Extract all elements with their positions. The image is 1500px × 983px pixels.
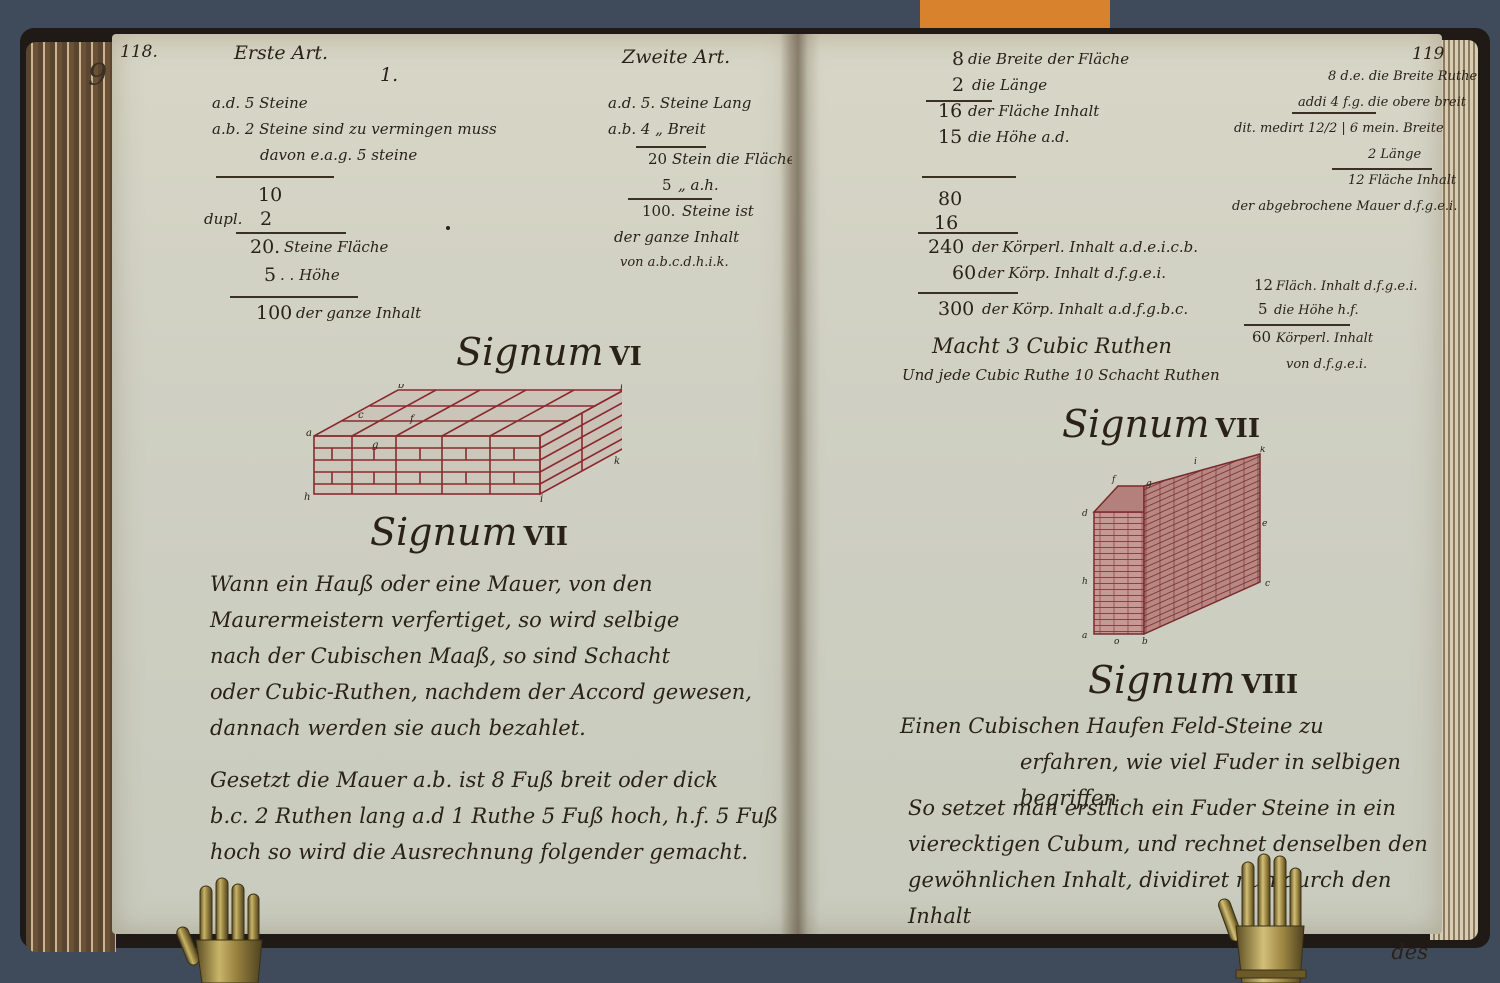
calc-line: davon e.a.g. 5 steine [260,148,417,163]
svg-text:i: i [1194,457,1197,467]
svg-text:a: a [306,428,312,439]
calc-value: 60 [1252,330,1271,345]
right-page: 119 8 die Breite der Fläche 2 die Länge … [792,34,1442,934]
signum-numeral: VII [524,522,569,552]
signum-numeral: VIII [1242,670,1299,700]
calc-label: der Körp. Inhalt a.d.f.g.b.c. [982,302,1188,317]
calc-label: der Körperl. Inhalt a.d.e.i.c.b. [972,240,1198,255]
calc-value: 16 [938,102,962,121]
signum-numeral: VI [610,342,642,372]
calc-value: 100. [642,204,675,219]
margin-mark: 9 [88,58,107,93]
calc-line: a.d. 5. Steine Lang [608,96,751,111]
calc-line: dit. medirt 12/2 | 6 mein. Breite [1234,122,1444,135]
sum-rule [628,198,712,200]
calc-value: 16 [934,214,958,233]
heading-first-method: Erste Art. [234,44,328,63]
sum-rule [216,176,334,178]
left-page: 118. Erste Art. 1. a.d. 5 Steine a.b. 2 … [112,34,792,934]
calc-label: der Körp. Inhalt d.f.g.e.i. [978,266,1166,281]
signum-vii-caption: SignumVII [370,510,568,554]
sum-rule [1244,324,1350,326]
calc-line: der ganze Inhalt [614,230,739,245]
calc-label: Steine ist [682,204,754,219]
svg-text:e: e [1262,519,1267,529]
signum-word: Signum [1088,658,1236,702]
paragraph-example-wall: Gesetzt die Mauer a.b. ist 8 Fuß breit o… [210,762,790,870]
calc-value: 15 [938,128,962,147]
calc-value: 12 [1254,278,1273,293]
book-gutter [780,34,820,934]
calc-line: 12 Fläche Inhalt [1348,174,1456,187]
calc-value: 100 [256,304,292,323]
calc-line: der abgebrochene Mauer d.f.g.e.i. [1232,200,1457,213]
sum-rule [636,146,706,148]
calc-value: 240 [928,238,964,257]
sum-rule [236,232,346,234]
calc-value: 5 [662,178,672,193]
calc-value: 20 [648,152,667,167]
signum-word: Signum [1062,402,1210,446]
calc-label: Körperl. Inhalt [1276,332,1373,345]
text-line: Wann ein Hauß oder eine Mauer, von den [210,566,790,602]
calc-line: 2 Länge [1368,148,1421,161]
text-line: vierecktigen Cubum, und rechnet denselbe… [908,826,1438,862]
calc-label: die Länge [972,78,1047,93]
text-line: nach der Cubischen Maaß, so sind Schacht [210,638,790,674]
calc-line: von d.f.g.e.i. [1286,358,1367,371]
calc-label: die Höhe a.d. [968,130,1070,145]
text-line: des [908,934,1438,970]
svg-text:i: i [540,494,543,505]
page-number: 118. [120,42,158,62]
calc-value: 20. [250,238,280,257]
signum-vi-caption: SignumVI [456,330,642,374]
right-brass-hand-weight[interactable] [1210,852,1320,983]
sum-rule [230,296,358,298]
signum-vii-caption: SignumVII [1062,402,1260,446]
svg-text:h: h [1082,577,1088,587]
conclusion-schacht-rods: Und jede Cubic Ruthe 10 Schacht Ruthen [902,368,1220,383]
text-line: Maurermeistern verfertiget, so wird selb… [210,602,790,638]
calc-value: 60 [952,264,976,283]
left-page-block-edges [26,42,116,952]
calc-label: . . Höhe [280,268,340,283]
calc-line: a.b. 2 Steine sind zu vermingen muss [212,122,497,137]
method-marker: 1. [380,66,398,85]
calc-label: der Fläche Inhalt [968,104,1099,119]
svg-text:c: c [358,410,364,421]
text-line: hoch so wird die Ausrechnung folgender g… [210,834,790,870]
calc-line: 8 d.e. die Breite Ruthe [1328,70,1477,83]
signum-viii-caption: SignumVIII [1088,658,1298,702]
text-line: oder Cubic-Ruthen, nachdem der Accord ge… [210,674,790,710]
calc-line: a.b. 4 „ Breit [608,122,706,137]
calc-label: Steine Fläche [284,240,388,255]
calc-value: 80 [938,190,962,209]
svg-text:c: c [1265,579,1270,589]
svg-text:h: h [304,492,310,503]
calc-label: Stein die Fläche [672,152,796,167]
calc-label: dupl. [204,212,242,227]
paragraph-stone-heap-method: So setzet man erstlich ein Fuder Steine … [908,790,1438,970]
svg-text:f: f [1111,475,1117,485]
page-number: 119 [1412,44,1444,64]
svg-text:b: b [1142,637,1148,646]
sum-rule [1332,168,1432,170]
text-line: Gesetzt die Mauer a.b. ist 8 Fuß breit o… [210,762,790,798]
calc-value: 300 [938,300,974,319]
svg-text:b: b [398,384,404,391]
svg-text:g: g [372,440,378,451]
calc-value: 5 [264,266,276,285]
sum-rule [918,292,1018,294]
sum-rule [918,232,1018,234]
paragraph-wall-pricing: Wann ein Hauß oder eine Mauer, von den M… [210,566,790,746]
svg-text:k: k [614,456,620,467]
calc-line: a.d. 5 Steine [212,96,308,111]
signum-word: Signum [370,510,518,554]
sum-rule [1292,112,1376,114]
svg-text:d: d [1082,509,1088,519]
svg-text:l: l [620,384,622,393]
calc-label: „ a.h. [678,178,719,193]
calc-value: 10 [258,186,282,205]
text-line: Einen Cubischen Haufen Feld-Steine zu [900,708,1440,744]
calc-label: die Breite der Fläche [968,52,1129,67]
calc-label: Fläch. Inhalt d.f.g.e.i. [1276,280,1418,293]
text-line: dannach werden sie auch bezahlet. [210,710,790,746]
svg-text:o: o [1114,637,1120,646]
text-line: gewöhnlichen Inhalt, dividiret nun durch… [908,862,1438,934]
sum-rule [922,176,1016,178]
signum-word: Signum [456,330,604,374]
ink-dot [446,226,450,230]
svg-text:a: a [1082,631,1087,641]
calc-value: 2 [952,76,964,95]
brick-wall-figure: abc dfg ike oh [1082,446,1282,646]
left-brass-hand-weight[interactable] [172,860,282,983]
calc-value: 2 [260,210,272,229]
calc-value: 8 [952,50,964,69]
calc-line: addi 4 f.g. die obere breit [1298,96,1466,109]
text-line: b.c. 2 Ruthen lang a.d 1 Ruthe 5 Fuß hoc… [210,798,790,834]
signum-numeral: VII [1216,414,1261,444]
conclusion-cubic-rods: Macht 3 Cubic Ruthen [932,336,1172,357]
calc-label: der ganze Inhalt [296,306,421,321]
calc-label: die Höhe h.f. [1274,304,1359,317]
calc-line: von a.b.c.d.h.i.k. [620,256,729,269]
text-line: So setzet man erstlich ein Fuder Steine … [908,790,1438,826]
svg-text:k: k [1260,446,1265,455]
heading-second-method: Zweite Art. [622,48,730,67]
svg-text:g: g [1146,479,1152,489]
calc-value: 5 [1258,302,1268,317]
